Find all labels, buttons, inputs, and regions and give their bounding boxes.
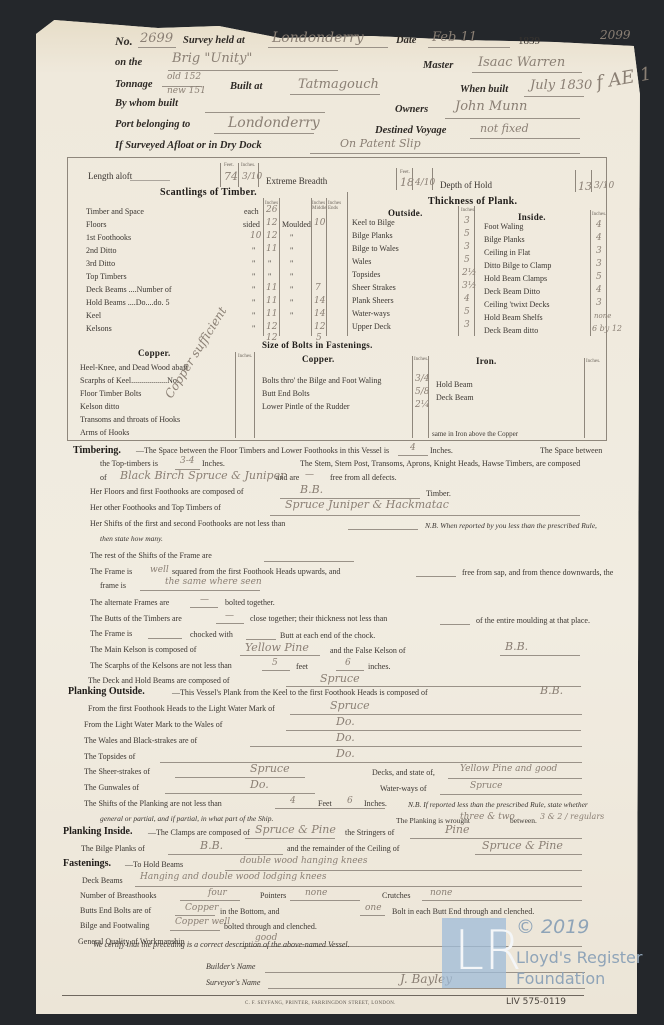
scantling-label: 2nd Ditto [86,246,116,255]
breadth-label: Extreme Breadth [266,176,327,186]
corner-number: 2099 [600,28,631,42]
length-feet: 74 [224,170,238,183]
fastenings-text: Crutches [382,891,410,900]
timbering-text: Her other Foothooks and Top Timbers of [90,503,221,512]
timbering-text: The rest of the Shifts of the Frame are [90,551,212,560]
fastenings-text: Deck Beams [82,876,123,885]
planking-text: The Shifts of the Planking are not less … [84,799,222,808]
planking-text: From the Light Water Mark to the Wales o… [84,720,222,729]
defects-value: — [305,470,314,480]
voyage-label: Destined Voyage [375,125,446,136]
plank-outside-value: 5 [464,307,470,317]
scantling-sided: 12 [266,322,277,332]
date-label: Date [396,35,416,46]
timbering-text: frame is [100,581,126,590]
built-at-label: Built at [230,81,262,92]
timbering-text: The Stem, Stern Post, Transoms, Aprons, … [300,459,580,468]
fastenings-text: Bolt in each Butt End through and clench… [392,907,534,916]
bolts-inches-header: Inches. [414,357,428,362]
timbering-text: free from sap, and from thence downwards… [462,568,613,577]
hold-beams-value: double wood hanging knees [240,856,368,866]
main-kelson-value: Yellow Pine [245,641,309,654]
owners-label: Owners [395,104,428,115]
plank-inside-value: 5 [596,272,602,282]
dock-label: If Surveyed Afloat or in Dry Dock [115,140,262,151]
timbering-text: and the False Kelson of [330,646,406,655]
bolt-copper-mid-value: 3/4 [415,374,429,384]
length-label: Length aloft [88,171,132,181]
voyage-value: not fixed [480,122,529,135]
timbering-text: The Frame is [90,567,132,576]
depth-label: Depth of Hold [440,180,492,190]
plank-outside-label: Sheer Strakes [352,283,396,292]
planking-text: The Wales and Black-strakes are of [84,736,197,745]
survey-number: 2699 [140,31,173,46]
when-built-label: When built [460,84,508,95]
inside-title: Inside. [518,212,546,222]
plank-outside-value: 3 [464,320,470,330]
plank-outside-value: 3½ [462,281,476,291]
timbering-text: squared from the first Foothook Heads up… [172,567,340,576]
by-whom-label: By whom built [115,98,178,109]
timbering-text: The Space between [540,446,602,455]
scantling-unit: 10 [250,231,261,241]
scantling-sided: " [268,272,271,281]
printer-credit: C. F. SEYFANG, PRINTER, FARRINGDON STREE… [245,1001,396,1006]
bolts-per-butt-value: one [365,903,382,913]
timbering-note: N.B. When reported by you less than the … [425,521,597,530]
plank-inside-label: Deck Beam ditto [484,326,538,335]
bolt-copper-item: Scarphs of Keel..................No. [80,376,179,385]
floor-space-value: 4 [410,443,416,453]
bolts-title: Size of Bolts in Fastenings. [262,340,373,350]
plank-inches-header: Inches. [592,212,606,217]
footwaling-value: Copper well [175,917,230,927]
bolt-copper-item: Transoms and throats of Hooks [80,415,180,424]
planking-inside-text: and the remainder of the Ceiling of [287,844,399,853]
col-middle: Inches Middle [312,201,326,211]
scantling-middle: 14 [314,296,325,306]
pointers-value: none [305,888,327,898]
plank-inside-value: 4 [596,233,602,243]
fastenings-text: —To Hold Beams [125,860,183,869]
decks-value: Yellow Pine and good [460,764,557,774]
timbering-text: The Deck and Hold Beams are composed of [88,676,230,685]
timbering-text: of the entire moulding at that place. [476,616,590,625]
timbering-text: The Frame is [90,629,132,638]
col-ends: Inches Ends [328,201,342,211]
timbering-text: Timber. [426,489,451,498]
frame-squared-value: well [150,565,169,575]
plank-shift-inches: 6 [347,796,353,806]
scantling-unit: " [252,298,255,307]
timbering-text: chocked with [190,630,233,639]
timbering-text: The alternate Frames are [90,598,169,607]
length-inches: 3/10 [242,172,262,182]
bolt-copper-mid-value: 5/8 [415,387,429,397]
scantling-label: Keel [86,311,101,320]
planking-text: Water-ways of [380,784,427,793]
bolt-iron-item: Hold Beam [436,380,473,389]
bolt-same-iron: same in Iron above the Copper [432,430,518,438]
plank-outside-value: 5 [464,229,470,239]
timbering-text: bolted together. [225,598,275,607]
master-name: Isaac Warren [478,55,565,70]
timbering-text: the Top-timbers is [100,459,158,468]
butt-bolts-value: Copper [185,903,218,913]
plank-inside-label: Hold Beam Shelfs [484,313,543,322]
topsides-value: Do. [336,747,355,760]
scantling-moulded: Moulded [282,220,311,229]
planking-note: N.B. If reported less than the prescribe… [408,800,588,809]
plank-inside-label: Ditto Bilge to Clamp [484,261,551,270]
survey-held-label: Survey held at [183,35,245,46]
scantling-label: 1st Foothooks [86,233,131,242]
timbering-text: The Main Kelson is composed of [90,645,196,654]
planking-inside-text: the Stringers of [345,828,394,837]
fastenings-text: Bilge and Footwaling [80,921,149,930]
scantling-unit: " [252,259,255,268]
planking-text: The Gunwales of [84,783,139,792]
scantling-label: Top Timbers [86,272,127,281]
surveyor-label: Surveyor's Name [206,978,260,987]
wales-value: Do. [336,715,355,728]
plank-inside-value: 3 [596,298,602,308]
bilge-planks-value: B.B. [200,839,223,852]
planking-text: Feet [318,799,332,808]
top-timbers-value: Spruce Juniper & Hackmatac [285,498,449,511]
scantling-middle: 7 [315,283,321,293]
plank-outside-label: Plank Sheers [352,296,394,305]
sheer-strakes-value: Spruce [250,762,290,775]
plank-inside-label: Foot Waling [484,222,523,231]
when-built-date: July 1830 [530,78,592,93]
bolts-copper-left-title: Copper. [138,348,171,358]
scantling-sided: 11 [266,296,277,306]
archive-reference: LIV 575-0119 [506,997,566,1007]
scantling-moulded: " [290,311,293,320]
timbering-text: Butt at each end of the chock. [280,631,375,640]
master-label: Master [423,60,453,71]
plank-shift-feet: 4 [290,796,296,806]
planking-text: The Topsides of [84,752,135,761]
timbering-text: Inches. [430,446,453,455]
planking-inside-text: The Bilge Planks of [81,844,145,853]
scantling-unit: " [252,311,255,320]
timbering-heading: Timbering. [73,445,121,456]
on-the-label: on the [115,57,142,68]
plank-outside-value: 2½ [462,268,476,278]
fastenings-text: in the Bottom, and [220,907,280,916]
planking-outside-heading: Planking Outside. [68,686,145,697]
bolt-copper-item: Floor Timber Bolts [80,389,141,398]
top-timber-space-value: 3-4 [180,456,195,466]
scantling-moulded: " [290,285,293,294]
kelson-scarph-inches: 6 [345,658,351,668]
plank-inside-value: 3 [596,259,602,269]
scantling-sided: " [268,259,271,268]
bolt-iron-item: Deck Beam [436,393,474,402]
bolt-copper-mid-label: Butt End Bolts [262,389,310,398]
fastenings-text: Butts End Bolts are of [80,906,151,915]
plank-inside-label: Deck Beam Ditto [484,287,540,296]
outside-title: Outside. [388,208,423,218]
plank-title: Thickness of Plank. [428,196,517,207]
floors-value: B.B. [300,483,323,496]
plank-outside-value: 3 [464,216,470,226]
survey-date: Feb 11 [432,30,477,45]
plank-outside-label: Water-ways [352,309,390,318]
tonnage-new: new 151 [167,86,206,96]
feet-header: Feet. [224,163,234,168]
builder-label: Builder's Name [206,962,255,971]
timbering-text: Her Shifts of the first and second Footh… [90,519,285,528]
plank-outside-label: Bilge to Wales [352,244,399,253]
plank-inside-label: Bilge Planks [484,235,525,244]
plank-inside-label: Ceiling in Flat [484,248,530,257]
plank-outside-label: Bilge Planks [352,231,393,240]
inches-header: Inches. [241,163,255,168]
bolt-copper-item: Arms of Hooks [80,428,129,437]
scantling-sided: 12 [266,231,277,241]
plank-inside-value: 6 by 12 [592,324,622,333]
scantling-unit: " [252,272,255,281]
timbering-note: then state how many. [100,534,163,543]
plank-outside-label: Wales [352,257,371,266]
plank-outside-value: 4 [464,294,470,304]
light-water-value: Spruce [330,699,370,712]
scantling-middle: 14 [314,309,325,319]
timbering-text: and are [276,473,299,482]
plank-inside-value: 4 [596,220,602,230]
bolt-copper-mid-value: 2¼ [415,400,429,410]
scantling-moulded: " [290,272,293,281]
kelson-scarph-feet: 5 [272,658,278,668]
scantling-unit: sided [243,220,260,229]
port-value: Londonderry [228,115,320,131]
no-label: No. [115,34,133,49]
watermark-org-line2: Foundation [516,969,605,988]
planking-text: —This Vessel's Plank from the Keel to th… [172,688,428,697]
bolts-inches-header: Inches. [586,359,600,364]
frame-value: the same where seen [165,577,262,587]
planking-note: general or partial, and if partial, in w… [100,814,273,823]
planking-inside-text: —The Clamps are composed of [148,828,250,837]
ceiling-value: Spruce & Pine [482,839,563,852]
built-at-place: Tatmagouch [298,77,379,92]
scantling-middle: 12 [314,322,325,332]
planking-text: Inches. [364,799,387,808]
timbering-text: feet [296,662,308,671]
planking-between-value: 3 & 2 / regulars [540,812,604,821]
scantling-label: 3rd Ditto [86,259,115,268]
scantlings-title: Scantlings of Timber. [160,187,257,198]
scantling-moulded: " [290,298,293,307]
vessel-name: Brig "Unity" [172,51,252,66]
survey-port: Londonderry [272,30,364,46]
deck-beams-value: Hanging and double wood lodging knees [140,872,326,882]
bolts-inches-header: Inches. [238,354,252,359]
watermark-copyright: © 2019 [516,916,589,938]
dot-leader: .................... [130,174,170,183]
planking-wrought-value: three & two [460,812,515,822]
depth-feet: 13 [578,180,592,193]
scantling-sided: 11 [266,244,277,254]
planking-text: From the first Foothook Heads to the Lig… [88,704,275,713]
bolts-copper-mid-title: Copper. [302,354,335,364]
butts-value: — [225,611,234,621]
scantling-label: Timber and Space [86,207,144,216]
plank-inches-header: Inches. [461,208,475,213]
planking-inside-heading: Planking Inside. [63,826,132,837]
beams-value: Spruce [320,672,360,685]
bolt-copper-item: Kelson ditto [80,402,119,411]
scantling-moulded: " [290,259,293,268]
plank-inside-value: none [594,312,611,320]
bolts-iron-title: Iron. [476,356,497,366]
breasthooks-value: four [208,888,227,898]
feet-header: Feet. [400,170,410,175]
fastenings-text: Pointers [260,891,286,900]
alternate-frames-value: — [200,595,209,605]
scantling-moulded: " [290,233,293,242]
bolt-copper-mid-label: Bolts thro' the Bilge and Foot Waling [262,376,381,385]
depth-inches: 3/10 [594,181,614,191]
fastenings-text: bolted through and clenched. [224,922,317,931]
scantling-sided: 26 [266,205,277,215]
fastenings-text: Number of Breasthooks [80,891,156,900]
water-ways-value: Spruce [470,781,502,791]
scantling-label: Deck Beams ....Number of [86,285,172,294]
timbering-text: The Scarphs of the Kelsons are not less … [90,661,232,670]
plank-outside-label: Keel to Bilge [352,218,395,227]
scantling-unit: " [252,285,255,294]
timbering-text: Inches. [202,459,225,468]
plank-outside-label: Upper Deck [352,322,391,331]
plank-inside-value: 3 [596,246,602,256]
plank-outside-value: 3 [464,242,470,252]
timbering-text: The Butts of the Timbers are [90,614,182,623]
scantling-unit: " [252,246,255,255]
scantling-label: Kelsons [86,324,112,333]
plank-outside-value: 5 [464,255,470,265]
timbering-text: —The Space between the Floor Timbers and… [136,446,389,455]
scantling-middle: 10 [314,218,325,228]
scantling-label: Floors [86,220,106,229]
clamps-value: Spruce & Pine [255,823,336,836]
watermark-org-line1: Lloyd's Register [516,948,642,967]
fastenings-heading: Fastenings. [63,858,111,869]
timbering-text: close together; their thickness not less… [250,614,387,623]
tonnage-label: Tonnage [115,79,153,90]
timbering-text: Her Floors and first Foothooks are compo… [90,487,244,496]
timbering-text: of [100,473,107,482]
scantling-sided: 11 [266,309,277,319]
stringers-value: Pine [445,823,470,836]
scantling-sided: 12 [266,218,277,228]
gunwales-value: Do. [250,778,269,791]
scantling-unit: " [252,324,255,333]
scantling-moulded: " [290,246,293,255]
timbering-text: inches. [368,662,390,671]
bolt-copper-item: Heel-Knee, and Dead Wood abaft [80,363,188,372]
timbering-text: free from all defects. [330,473,397,482]
survey-year: 1839 [518,35,540,47]
tonnage-old: old 152 [167,72,201,82]
plank-inside-value: 4 [596,285,602,295]
port-label: Port belonging to [115,119,190,130]
owners-name: John Munn [455,99,527,114]
plank-inside-label: Ceiling 'twixt Decks [484,300,549,309]
lr-logo-text: LR [454,924,522,978]
keel-plank-value: B.B. [540,684,563,697]
scantling-unit: each [244,207,259,216]
planking-text: The Sheer-strakes of [84,767,150,776]
scantling-sided: 11 [266,283,277,293]
plank-outside-label: Topsides [352,270,380,279]
false-kelson-value: B.B. [505,640,528,653]
bolt-copper-mid-label: Lower Pintle of the Rudder [262,402,350,411]
plank-inside-label: Hold Beam Clamps [484,274,547,283]
certification-statement: We certify that the preceding is a corre… [93,940,350,949]
stem-timber-value: Black Birch Spruce & Juniper [120,469,285,482]
black-strakes-value: Do. [336,731,355,744]
scantling-label: Hold Beams ....Do....do. 5 [86,298,170,307]
planking-text: between. [510,816,537,825]
dock-value: On Patent Slip [340,137,421,150]
planking-text: Decks, and state of, [372,768,435,777]
crutches-value: none [430,888,452,898]
